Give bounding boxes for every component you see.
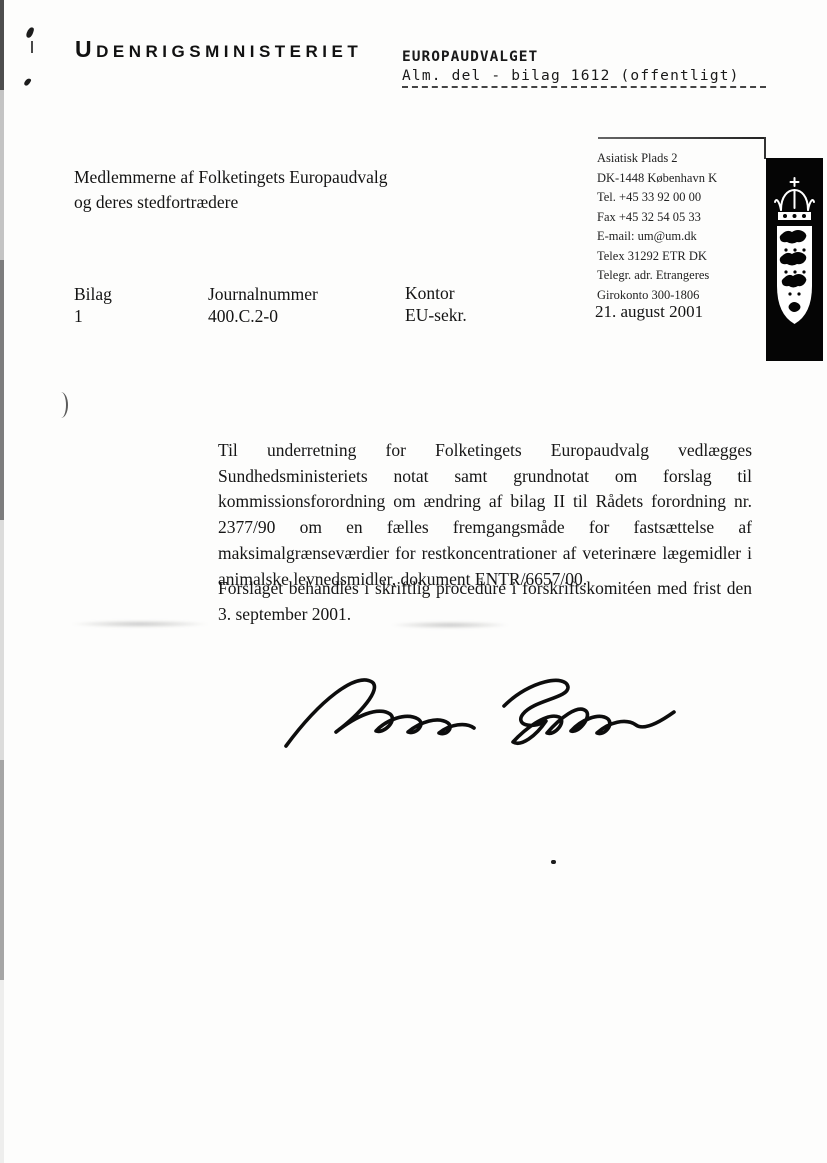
committee-stamp: EUROPAUDVALGET Alm. del - bilag 1612 (of… (402, 49, 766, 88)
stamp-committee-name: EUROPAUDVALGET (402, 49, 766, 65)
scan-speck (551, 860, 556, 864)
signature (278, 662, 678, 767)
body-paragraph-1: Til underretning for Folketingets Europa… (218, 438, 752, 592)
contact-street: Asiatisk Plads 2 (597, 149, 717, 169)
contact-email: E-mail: um@um.dk (597, 227, 717, 247)
recipient-line: Medlemmerne af Folketingets Europaudvalg (74, 165, 387, 190)
scan-speck (25, 26, 34, 38)
kontor-value: EU-sekr. (405, 305, 467, 326)
scan-speck (23, 77, 31, 86)
coat-of-arms-icon (766, 158, 823, 361)
ministry-title: UDENRIGSMINISTERIET (75, 36, 362, 63)
contact-city: DK-1448 København K (597, 169, 717, 189)
body-paragraph-2: Forslaget behandles i skriftlig procedur… (218, 576, 752, 627)
recipient-address: Medlemmerne af Folketingets Europaudvalg… (74, 165, 387, 215)
scan-speck (31, 41, 33, 53)
recipient-line: og deres stedfortrædere (74, 190, 387, 215)
contact-telegram: Telegr. adr. Etrangeres (597, 266, 717, 286)
contact-top-rule (598, 137, 765, 139)
scan-paren-mark (58, 392, 68, 418)
scan-smudge (70, 620, 210, 628)
contact-fax: Fax +45 32 54 05 33 (597, 208, 717, 228)
contact-corner-bracket (764, 137, 766, 159)
stamp-case-reference: Alm. del - bilag 1612 (offentligt) (402, 68, 766, 88)
scan-edge-artifact (0, 0, 4, 1163)
journal-label: Journalnummer (208, 284, 318, 305)
ministry-contact-block: Asiatisk Plads 2 DK-1448 København K Tel… (597, 149, 717, 305)
bilag-value: 1 (74, 306, 83, 327)
journal-value: 400.C.2-0 (208, 306, 278, 327)
bilag-label: Bilag (74, 284, 112, 305)
contact-phone: Tel. +45 33 92 00 00 (597, 188, 717, 208)
contact-telex: Telex 31292 ETR DK (597, 247, 717, 267)
letter-date: 21. august 2001 (595, 302, 703, 322)
kontor-label: Kontor (405, 283, 455, 304)
letter-page: UDENRIGSMINISTERIET EUROPAUDVALGET Alm. … (0, 0, 827, 1163)
